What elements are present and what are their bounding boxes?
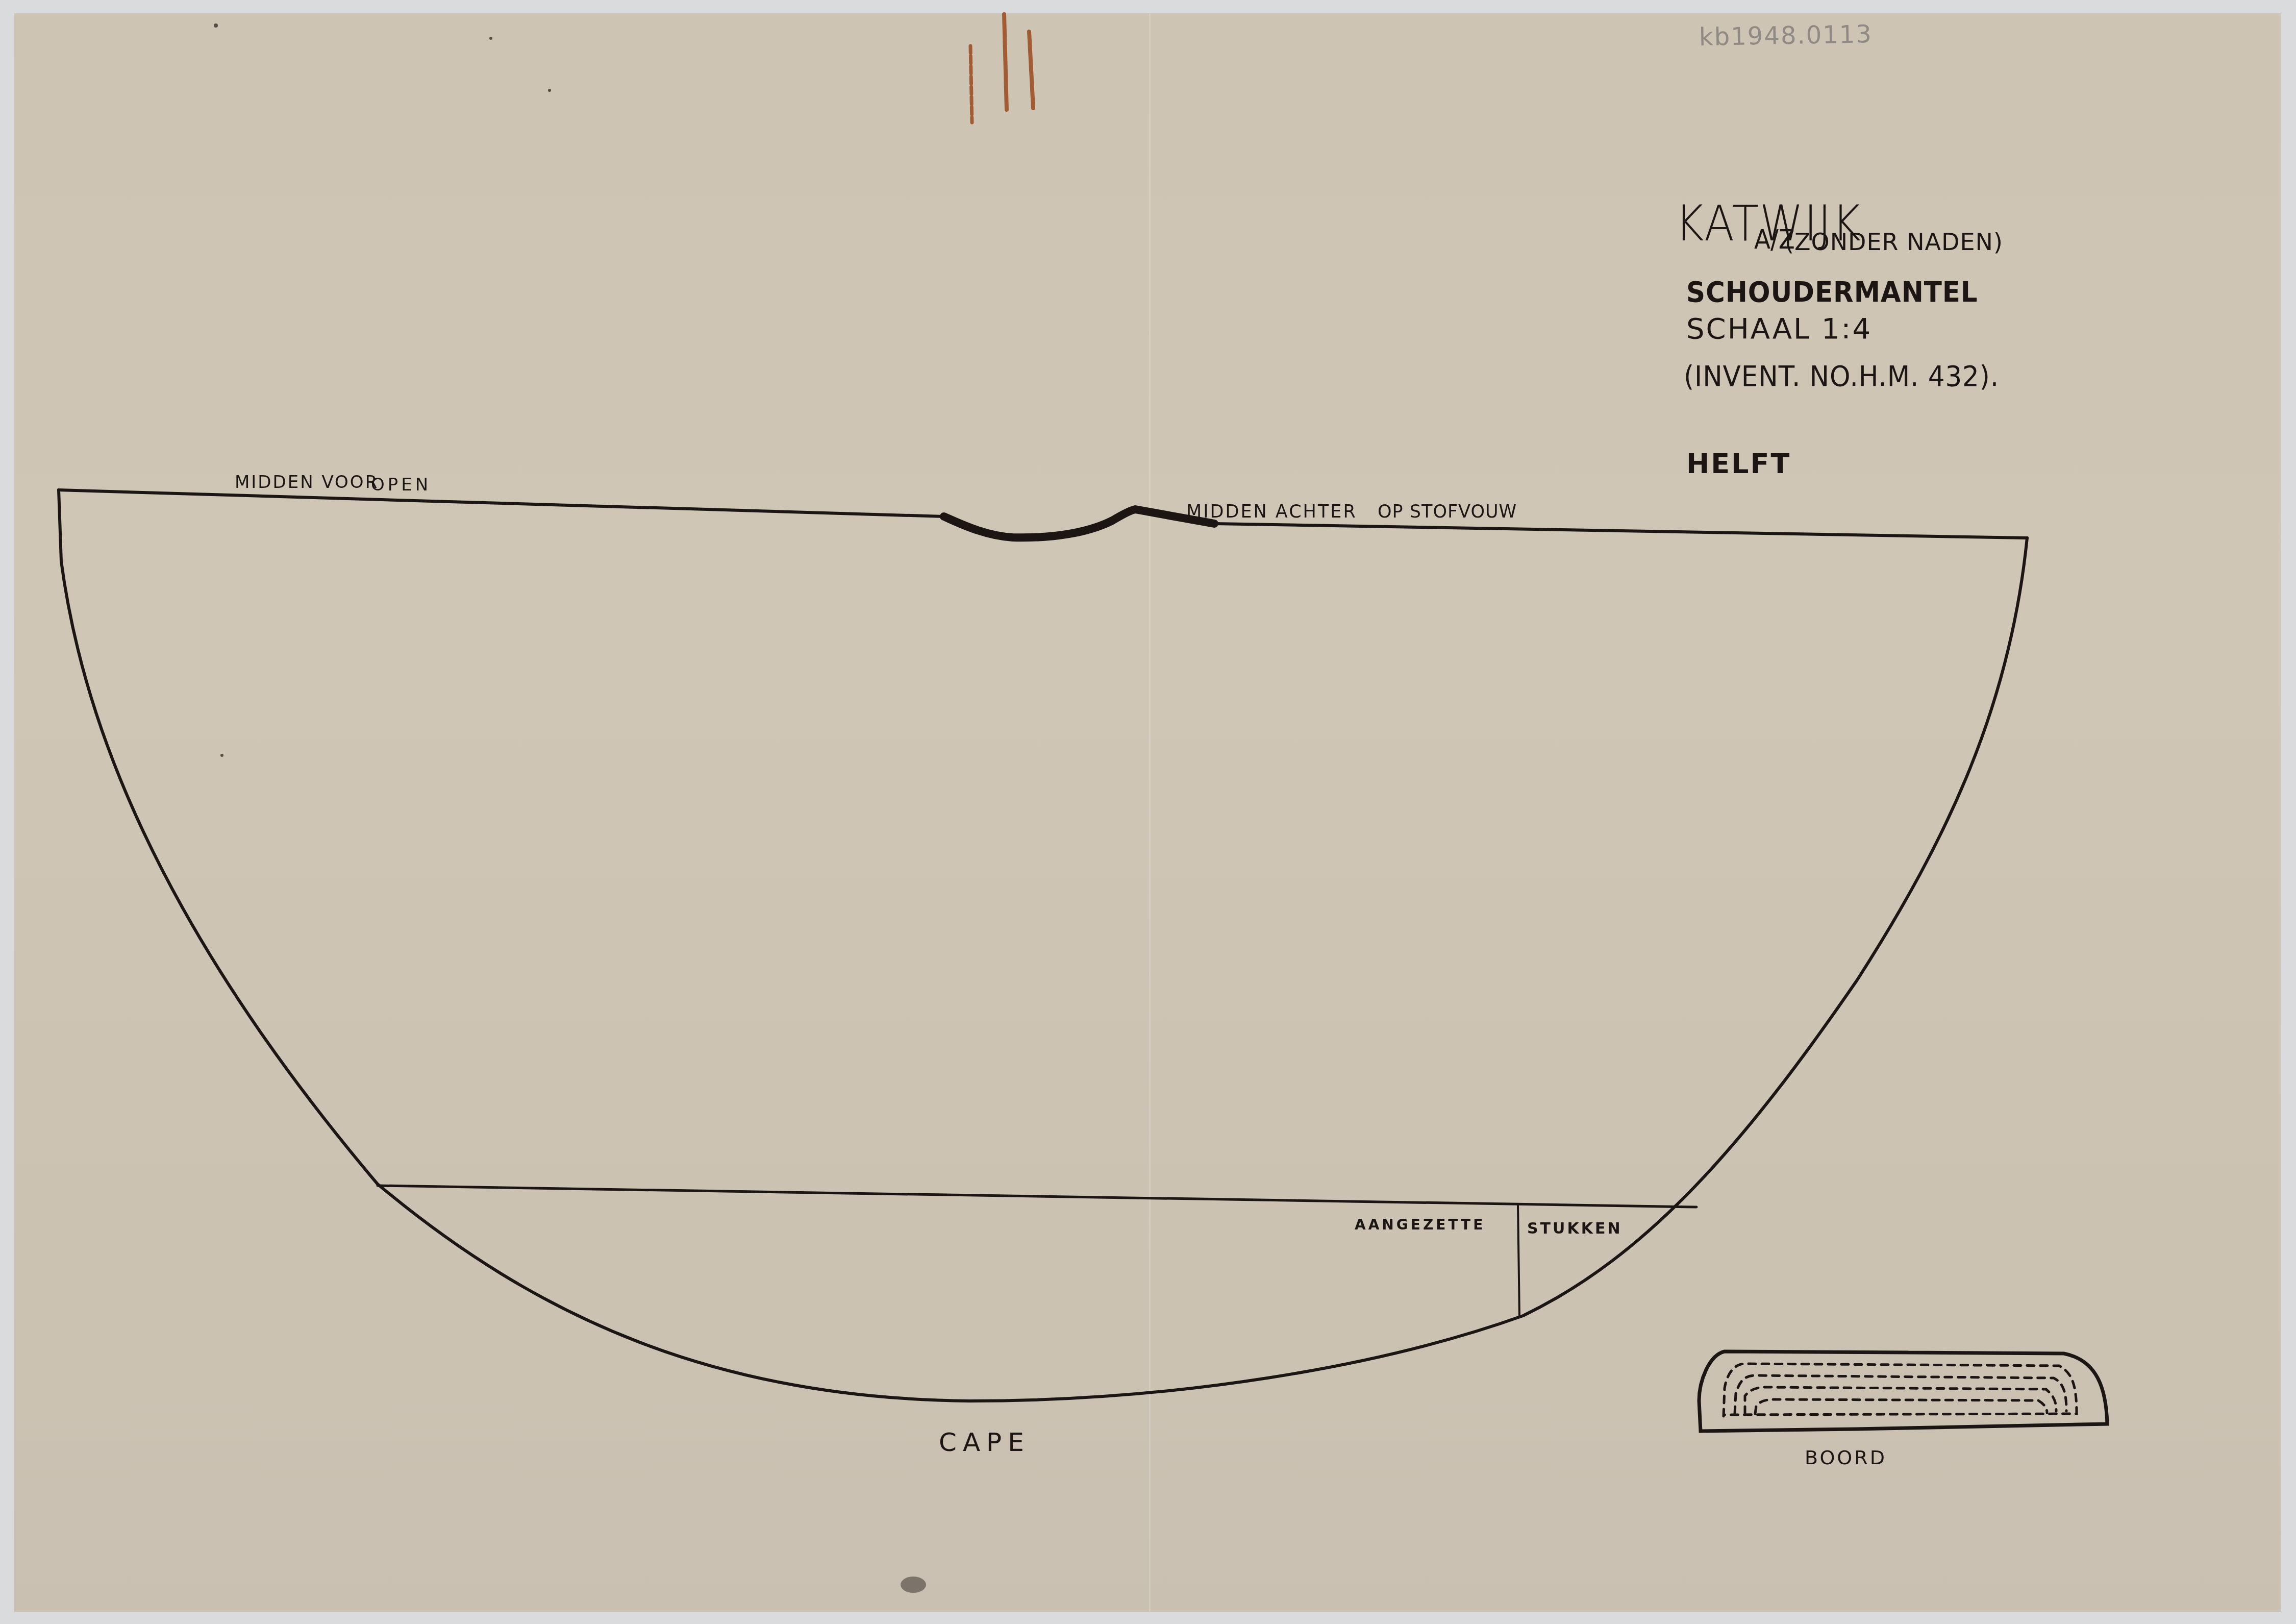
rust-stains xyxy=(970,14,1033,122)
garment-title: SCHOUDERMANTEL xyxy=(1686,276,1978,309)
cape-label: CAPE xyxy=(939,1428,1030,1457)
front-open-label: OPEN xyxy=(371,475,431,495)
no-seams-note: (ZONDER NADEN) xyxy=(1785,228,2003,256)
ink-smudge xyxy=(901,1577,926,1593)
back-fold-label: OP STOFVOUW xyxy=(1378,502,1517,522)
scale-label: SCHAAL 1:4 xyxy=(1686,312,1872,346)
added-pieces-label-2: STUKKEN xyxy=(1527,1220,1623,1238)
cape-outline xyxy=(59,490,2027,1401)
collar-label: BOORD xyxy=(1805,1446,1887,1469)
catalog-number: kb1948.0113 xyxy=(1699,20,1873,52)
collar-boord-shape xyxy=(1699,1351,2107,1431)
back-center-label: MIDDEN ACHTER xyxy=(1186,502,1357,522)
added-pieces-label-1: AANGEZETTE xyxy=(1355,1216,1485,1233)
front-center-label: MIDDEN VOOR xyxy=(235,472,379,493)
half-label: HELFT xyxy=(1686,448,1791,480)
inventory-number: (INVENT. NO.H.M. 432). xyxy=(1684,360,1999,393)
